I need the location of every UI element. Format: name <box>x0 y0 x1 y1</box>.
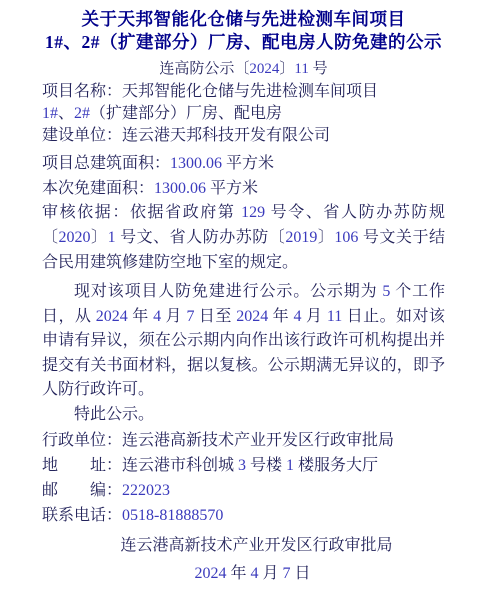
notice-title-line1: 关于天邦智能化仓储与先进检测车间项目 <box>42 8 445 31</box>
signature-date: 2024 年 4 月 7 日 <box>42 563 445 585</box>
notice-title-line2: 1#、2#（扩建部分）厂房、配电房人防免建的公示 <box>42 31 445 54</box>
field-project-name-line2: 1#、2#（扩建部分）厂房、配电房 <box>42 103 445 125</box>
field-postcode: 邮 编：222023 <box>42 480 445 502</box>
field-total-floor-area: 项目总建筑面积：1300.06 平方米 <box>42 153 445 175</box>
announcement-paragraph: 现对该项目人防免建进行公示。公示期为 5 个工作日，从 2024 年 4 月 7… <box>42 280 445 403</box>
signature-organization: 连云港高新技术产业开发区行政审批局 <box>42 535 445 557</box>
closing-statement: 特此公示。 <box>42 403 445 427</box>
review-basis-paragraph: 审核依据：依据省政府第 129 号令、省人防办苏防规〔2020〕1 号文、省人防… <box>42 200 445 275</box>
field-address: 地 址：连云港市科创城 3 号楼 1 楼服务大厅 <box>42 455 445 477</box>
public-notice-document: 关于天邦智能化仓储与先进检测车间项目 1#、2#（扩建部分）厂房、配电房人防免建… <box>0 0 479 591</box>
field-admin-unit: 行政单位：连云港高新技术产业开发区行政审批局 <box>42 430 445 452</box>
field-exempted-area: 本次免建面积：1300.06 平方米 <box>42 178 445 200</box>
field-project-name-line1: 项目名称：天邦智能化仓储与先进检测车间项目 <box>42 81 445 103</box>
field-phone: 联系电话：0518-81888570 <box>42 505 445 527</box>
field-construction-unit: 建设单位：连云港天邦科技开发有限公司 <box>42 125 445 147</box>
document-number: 连高防公示〔2024〕11 号 <box>42 57 445 81</box>
